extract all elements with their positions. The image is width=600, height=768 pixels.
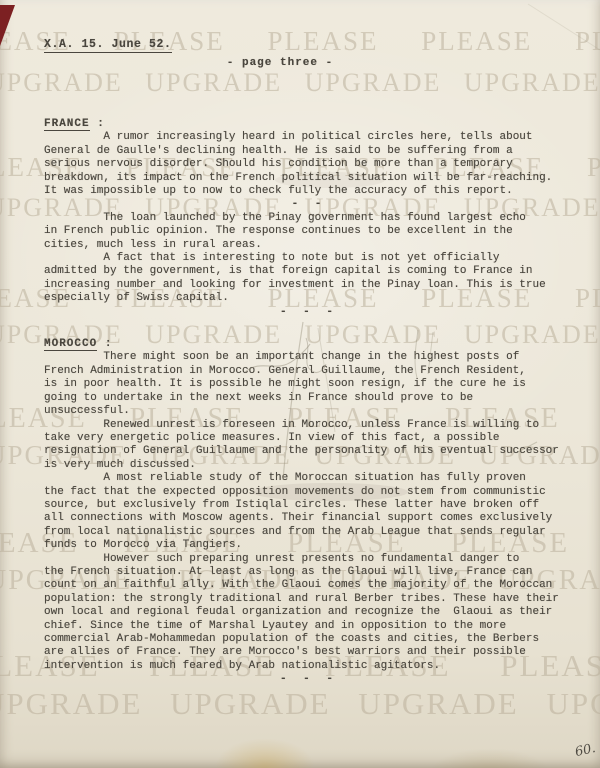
dash-separator: - - - <box>44 306 574 319</box>
morocco-paragraph-4: However such preparing unrest presents n… <box>44 553 574 674</box>
section-heading-france: FRANCE : <box>44 118 574 131</box>
document-body: FRANCE : A rumor increasingly heard in p… <box>44 118 574 687</box>
france-paragraph-3: A fact that is interesting to note but i… <box>44 252 574 306</box>
dash-separator: - - <box>44 198 574 211</box>
section-heading-morocco: MOROCCO : <box>44 338 574 351</box>
morocco-paragraph-1: There might soon be an important change … <box>44 351 574 418</box>
section-title-colon: : <box>97 338 112 350</box>
morocco-paragraph-3: A most reliable study of the Moroccan si… <box>44 472 574 552</box>
section-title-morocco: MOROCCO <box>44 338 97 351</box>
france-paragraph-2: The loan launched by the Pinay governmen… <box>44 212 574 252</box>
dash-separator: - - - <box>44 673 574 686</box>
france-paragraph-1: A rumor increasingly heard in political … <box>44 131 574 198</box>
watermark-row: UPGRADE UPGRADE UPGRADE UPGRADE UPGRADE <box>0 686 600 722</box>
section-title-colon: : <box>90 118 105 130</box>
morocco-paragraph-2: Renewed unrest is foreseen in Morocco, u… <box>44 419 574 473</box>
scanned-document-page: PLEASE PLEASE PLEASE PLEASE PLEASEUPGRAD… <box>0 0 600 768</box>
document-reference: X.A. 15. June 52. <box>44 38 172 53</box>
watermark-row: UPGRADE UPGRADE UPGRADE UPGRADE UPGRADE <box>0 68 600 98</box>
page-number-heading: - page three - <box>160 57 400 69</box>
section-title-france: FRANCE <box>44 118 90 131</box>
red-corner-mark <box>0 5 15 46</box>
